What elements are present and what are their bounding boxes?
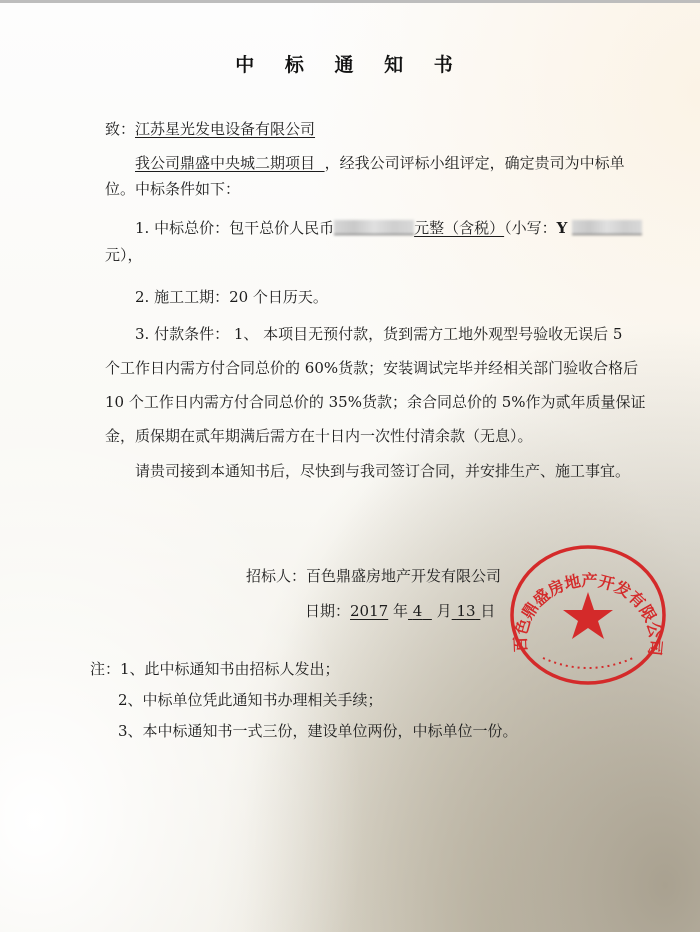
intro-line-1: 我公司鼎盛中央城二期项目 ，经我公司评标小组评定，确定贵司为中标单 bbox=[135, 153, 625, 173]
date-month: 4 bbox=[413, 602, 423, 620]
issuer-label: 招标人： bbox=[246, 567, 306, 585]
intro-line-2: 位。中标条件如下： bbox=[105, 179, 240, 199]
price-suffix: 元整（含税） bbox=[414, 219, 504, 237]
currency-symbol: Y bbox=[557, 219, 568, 237]
date-year: 2017 bbox=[350, 602, 388, 620]
page-top-edge bbox=[0, 0, 700, 3]
intro-text: ，经我公司评标小组评定，确定贵司为中标单 bbox=[325, 154, 625, 172]
note-2: 2、中标单位凭此通知书办理相关手续； bbox=[118, 690, 383, 710]
payment-line-1: 3. 付款条件： 1、 本项目无预付款，货到需方工地外观型号验收无误后 5 bbox=[135, 324, 622, 344]
star-icon bbox=[563, 592, 613, 639]
redacted-price-number bbox=[572, 220, 642, 235]
price-small-label: （小写： bbox=[504, 219, 557, 237]
date-line: 日期：2017 年 4 月 13 日 bbox=[305, 601, 495, 621]
notes-label: 注： bbox=[90, 660, 120, 678]
date-label: 日期： bbox=[305, 602, 350, 620]
project-name: 我公司鼎盛中央城二期项目 bbox=[135, 154, 315, 172]
recipient-line: 致：江苏星光发电设备有限公司 bbox=[105, 119, 315, 139]
payment-line-4: 金，质保期在贰年期满后需方在十日内一次性付清余款（无息）。 bbox=[105, 426, 533, 446]
price-prefix: 1. 中标总价：包干总价人民币 bbox=[135, 219, 334, 237]
note-1: 注：1、此中标通知书由招标人发出； bbox=[90, 659, 340, 679]
date-day: 13 bbox=[456, 602, 475, 620]
price-line: 1. 中标总价：包干总价人民币元整（含税）（小写：Y bbox=[135, 218, 642, 238]
recipient-label: 致： bbox=[105, 120, 135, 138]
period-line: 2. 施工工期：20 个日历天。 bbox=[135, 287, 328, 307]
recipient-name: 江苏星光发电设备有限公司 bbox=[135, 120, 315, 138]
request-line: 请贵司接到本通知书后，尽快到与我司签订合同，并安排生产、施工事宜。 bbox=[135, 461, 630, 481]
price-line-2: 元）， bbox=[105, 245, 143, 265]
payment-line-3: 10 个工作日内需方付合同总价的 35%货款；余合同总价的 5%作为贰年质量保证 bbox=[105, 392, 646, 412]
note-3: 3、本中标通知书一式三份，建设单位两份，中标单位一份。 bbox=[118, 721, 518, 741]
document-title: 中 标 通 知 书 bbox=[0, 50, 700, 77]
company-seal: 百色鼎盛房地产开发有限公司 bbox=[503, 540, 673, 690]
issuer-name: 百色鼎盛房地产开发有限公司 bbox=[306, 567, 501, 585]
issuer-line: 招标人：百色鼎盛房地产开发有限公司 bbox=[246, 566, 501, 586]
payment-line-2: 个工作日内需方付合同总价的 60%货款；安装调试完毕并经相关部门验收合格后 bbox=[105, 358, 638, 378]
document-page: 中 标 通 知 书 致：江苏星光发电设备有限公司 我公司鼎盛中央城二期项目 ，经… bbox=[0, 0, 700, 932]
redacted-price-words bbox=[334, 220, 414, 235]
